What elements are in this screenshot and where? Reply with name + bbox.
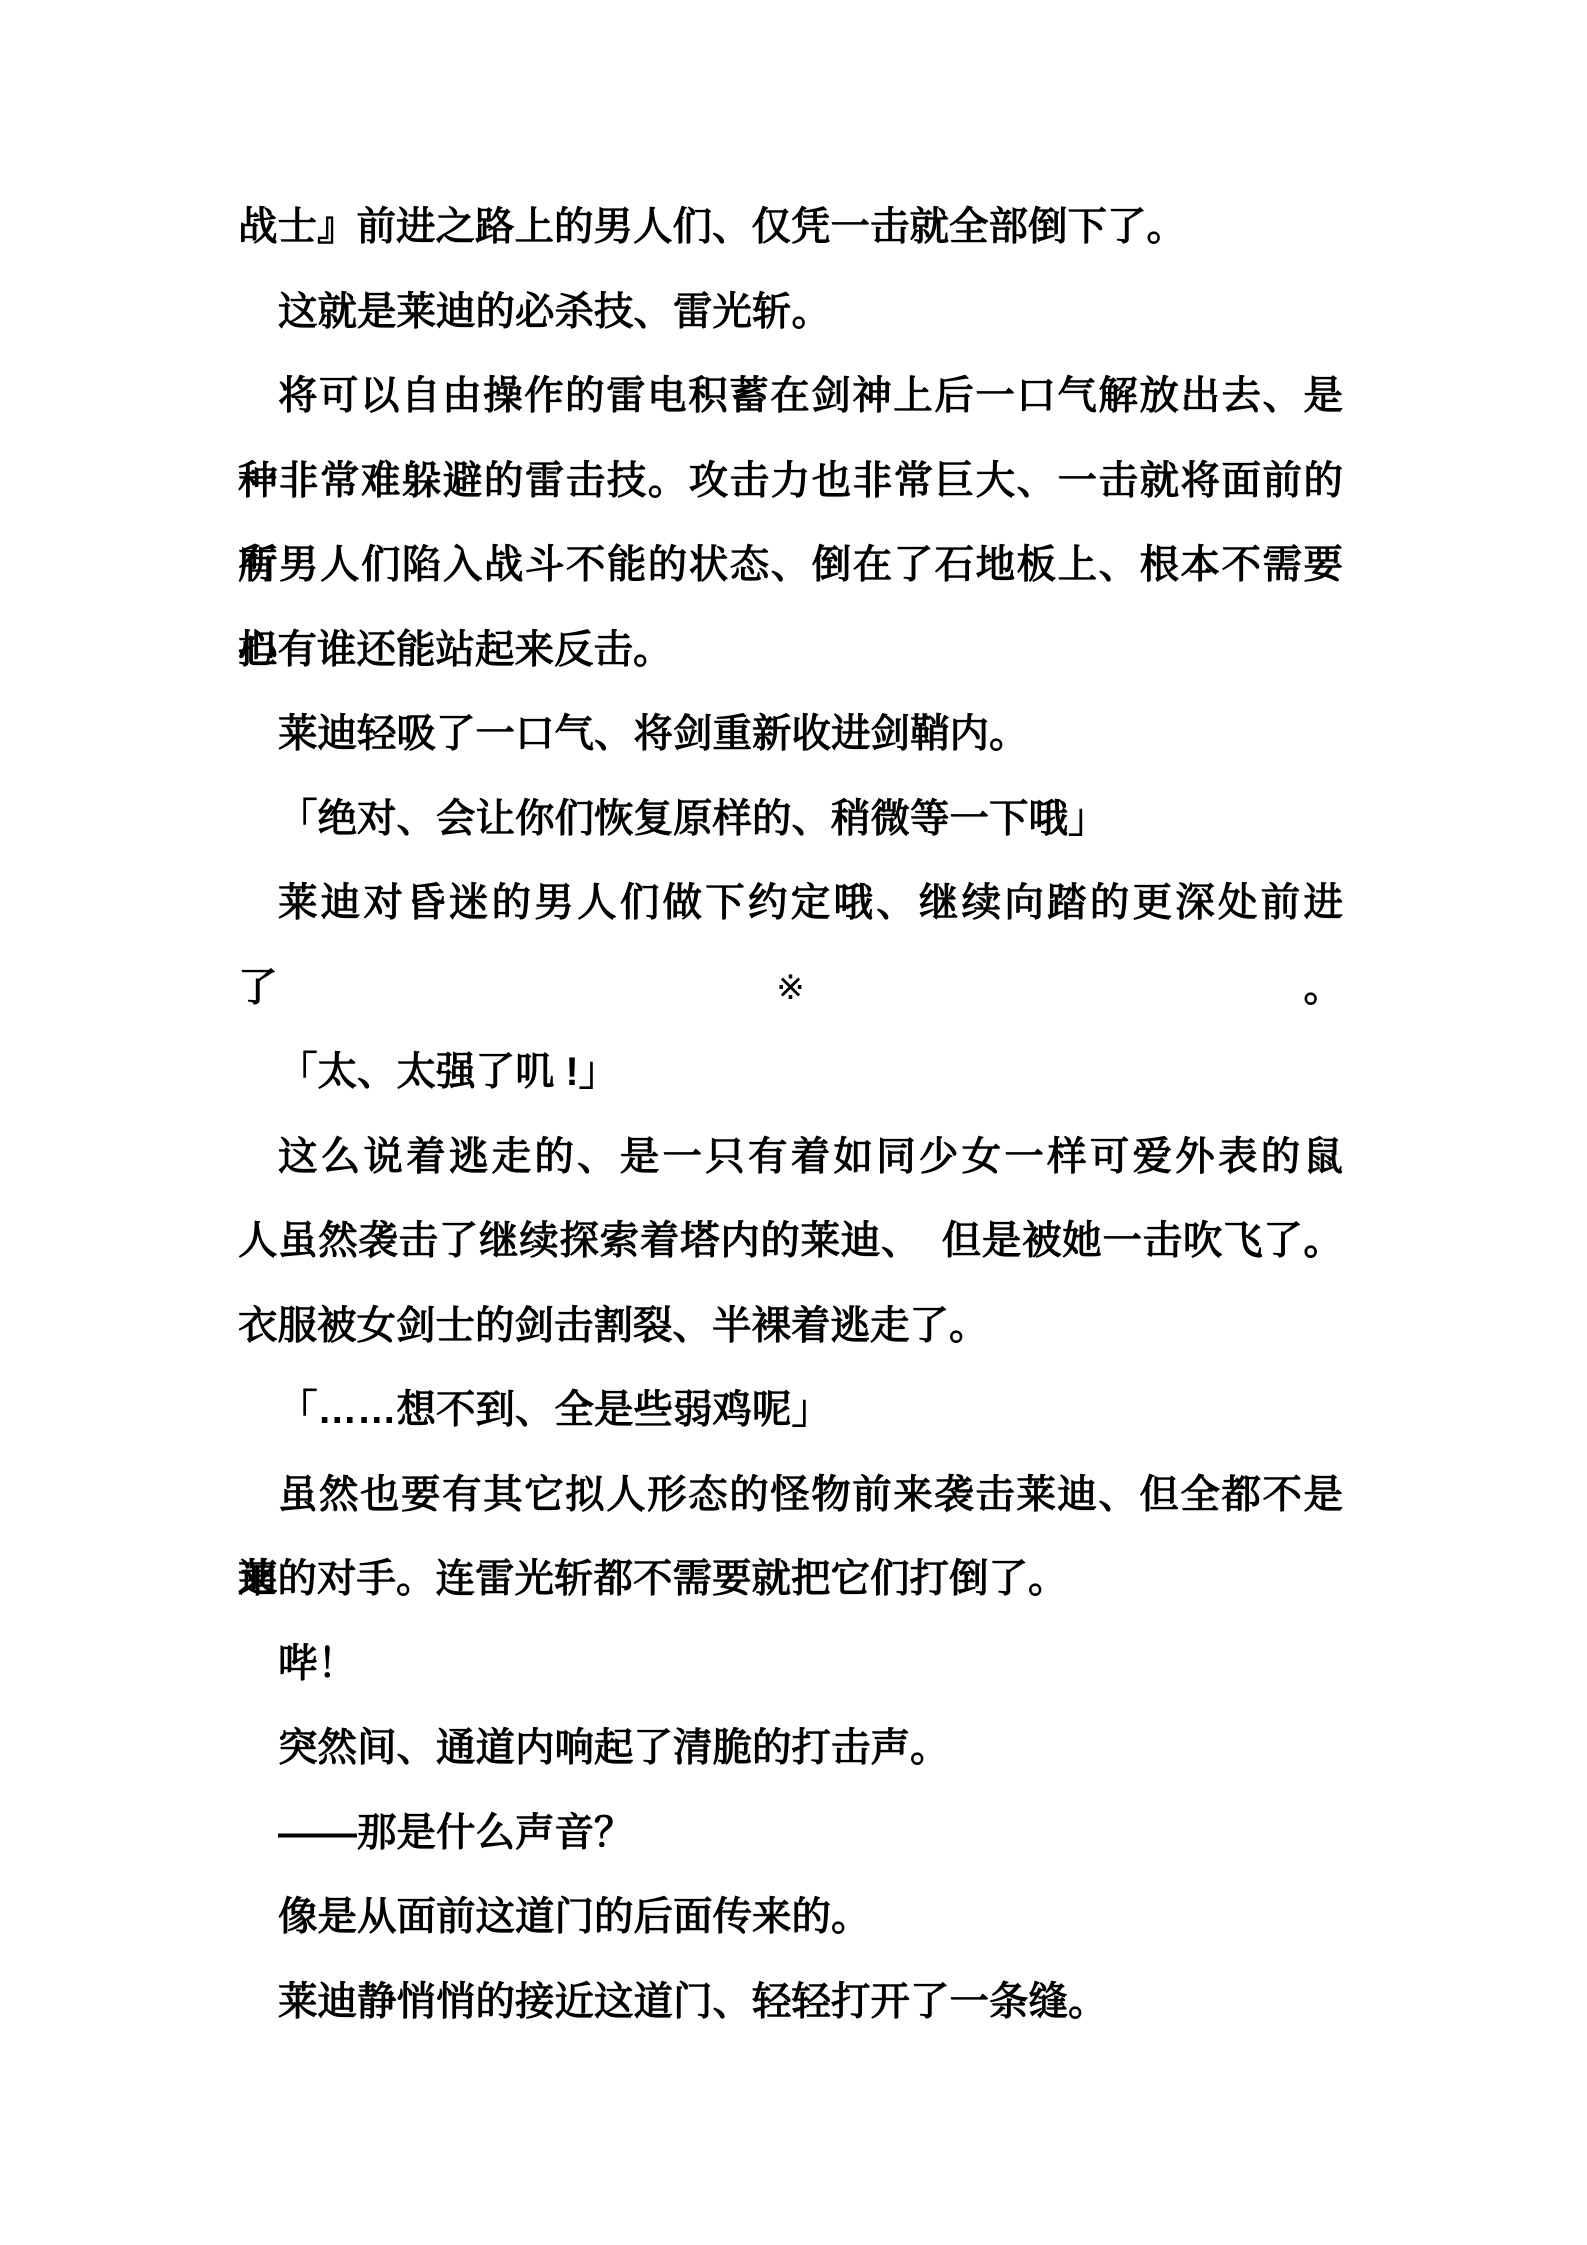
text-line: 衣服被女剑士的剑击割裂、半裸着逃走了。 — [238, 1284, 1343, 1369]
text-line: 虽然也要有其它拟人形态的怪物前来袭击莱迪、但全都不是莱 — [238, 1453, 1343, 1538]
text-line: 将可以自由操作的雷电积蓄在剑神上后一口气解放出去、是一 — [238, 354, 1343, 439]
text-line: 「绝对、会让你们恢复原样的、稍微等一下哦」 — [238, 777, 1343, 862]
text-line: 莱迪对昏迷的男人们做下约定哦、继续向踏的更深处前进了。 — [238, 861, 1343, 946]
text-line: 「太、太强了叽 !」 — [238, 1030, 1343, 1115]
text-body: 战士』前进之路上的男人们、仅凭一击就全部倒下了。这就是莱迪的必杀技、雷光斩。将可… — [238, 185, 1343, 2044]
text-line: 有男人们陷入战斗不能的状态、倒在了石地板上、根本不需要担 — [238, 523, 1343, 608]
text-line: 「……想不到、全是些弱鸡呢」 — [238, 1368, 1343, 1453]
text-line: 这就是莱迪的必杀技、雷光斩。 — [238, 270, 1343, 355]
text-line: 战士』前进之路上的男人们、仅凭一击就全部倒下了。 — [238, 185, 1343, 270]
text-line: 心有谁还能站起来反击。 — [238, 608, 1343, 693]
text-line: ——那是什么声音？ — [238, 1791, 1343, 1876]
text-line: 哔！ — [238, 1622, 1343, 1707]
text-line: 莱迪轻吸了一口气、将剑重新收进剑鞘内。 — [238, 692, 1343, 777]
text-line: 莱迪静悄悄的接近这道门、轻轻打开了一条缝。 — [238, 1960, 1343, 2045]
text-line: 迪的对手。连雷光斩都不需要就把它们打倒了。 — [238, 1537, 1343, 1622]
text-line: 种非常难躲避的雷击技。攻击力也非常巨大、一击就将面前的所 — [238, 439, 1343, 524]
text-line: 像是从面前这道门的后面传来的。 — [238, 1875, 1343, 1960]
document-page: 战士』前进之路上的男人们、仅凭一击就全部倒下了。这就是莱迪的必杀技、雷光斩。将可… — [0, 0, 1587, 2245]
text-line: 突然间、通道内响起了清脆的打击声。 — [238, 1706, 1343, 1791]
text-line: 虽然袭击了继续探索着塔内的莱迪、 但是被她一击吹飞了。 — [238, 1199, 1343, 1284]
text-line: 这么说着逃走的、是一只有着如同少女一样可爱外表的鼠人。 — [238, 1115, 1343, 1200]
